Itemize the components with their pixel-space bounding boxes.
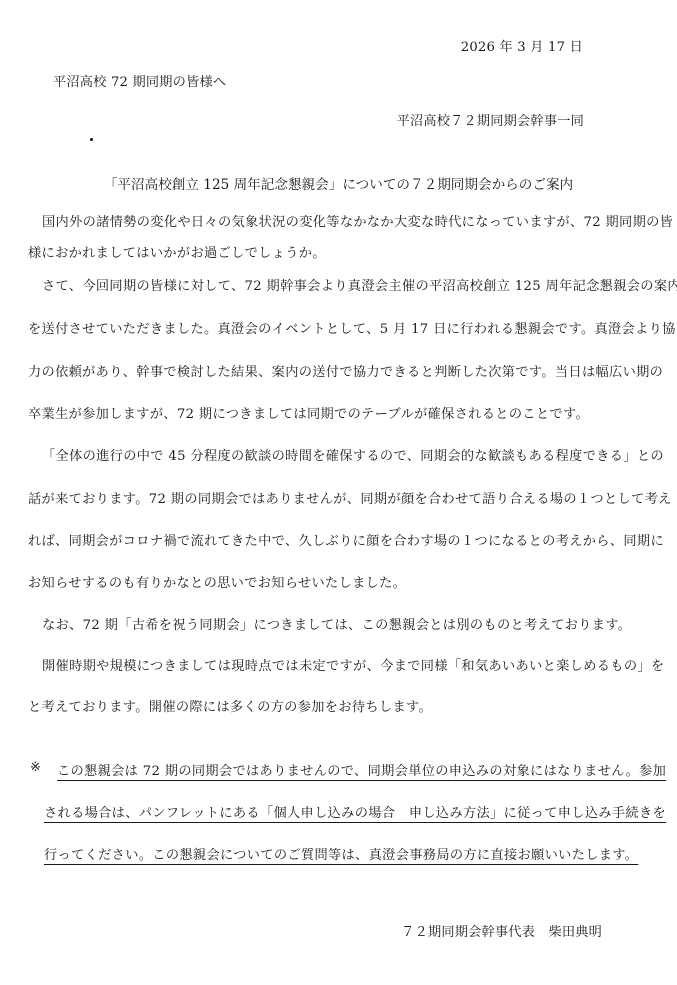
body-line: なお、72 期「古希を祝う同期会」につきましては、この懇親会とは別のものと考えて… bbox=[42, 614, 631, 633]
body-line: 力の依頼があり、幹事で検討した結果、案内の送付で協力できると判断した次第です。当… bbox=[28, 361, 663, 380]
body-line: 話が来ております。72 期の同期会ではありませんが、同期が顔を合わせて語り合える… bbox=[28, 488, 672, 507]
body-line: と考えております。開催の際には多くの方の参加をお待ちします。 bbox=[28, 696, 432, 715]
addressee: 平沼高校 72 期同期の皆様へ bbox=[53, 71, 226, 90]
body-line: 様におかれましてはいかがお過ごしでしょうか。 bbox=[28, 242, 326, 261]
body-line: 開催時期や規模につきましては現時点では未定ですが、今まで同様「和気あいあいと楽し… bbox=[42, 655, 664, 674]
document-title: 「平沼高校創立 125 周年記念懇親会」についての７２期同期会からのご案内 bbox=[0, 173, 677, 193]
body-line: れば、同期会がコロナ禍で流れてきた中で、久しぶりに顔を合わす場の１つになるとの考… bbox=[28, 530, 664, 549]
signature: ７２期同期会幹事代表 柴田典明 bbox=[401, 921, 602, 940]
body-line: 国内外の諸情勢の変化や日々の気象状況の変化等なかなか大変な時代になっていますが、… bbox=[42, 211, 673, 230]
body-line: を送付させていただきました。真澄会のイベントとして、5 月 17 日に行われる懇… bbox=[28, 318, 676, 337]
body-line: 「全体の進行の中で 45 分程度の歓談の時間を確保するので、同期会的な歓談もある… bbox=[42, 445, 664, 464]
note-line: される場合は、パンフレットにある「個人申し込みの場合 申し込み方法」に従って申し… bbox=[44, 802, 666, 821]
letter-date: 2026 年 3 月 17 日 bbox=[461, 36, 583, 55]
body-line: お知らせするのも有りかなとの思いでお知らせいたしました。 bbox=[28, 572, 406, 591]
body-line: さて、今回同期の皆様に対して、72 期幹事会より真澄会主催の平沼高校創立 125… bbox=[42, 275, 677, 294]
stray-dot bbox=[90, 138, 93, 141]
note-line: この懇親会は 72 期の同期会ではありませんので、同期会単位の申込みの対象にはな… bbox=[57, 760, 666, 779]
sender: 平沼高校７２期同期会幹事一同 bbox=[397, 110, 584, 129]
body-line: 卒業生が参加しますが、72 期につきましては同期でのテーブルが確保されるとのこと… bbox=[28, 403, 589, 422]
note-mark: ※ bbox=[30, 760, 41, 775]
note-line: 行ってください。この懇親会についてのご質問等は、真澄会事務局の方に直接お願いいた… bbox=[44, 844, 638, 863]
